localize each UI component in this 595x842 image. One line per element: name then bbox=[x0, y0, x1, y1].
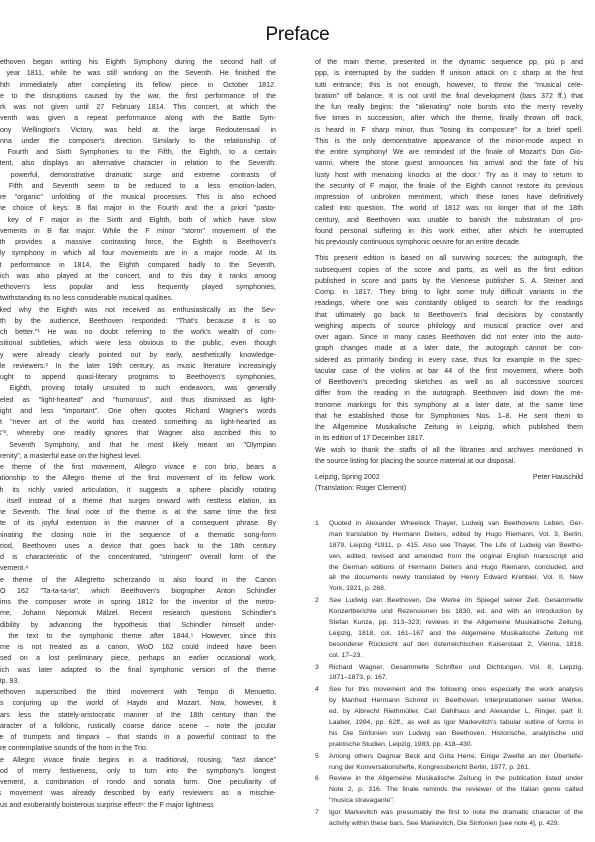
footnote-text: Review in the Allgemeine Musikalische Ze… bbox=[329, 774, 583, 807]
text-line: the security of F major, the finale of t… bbox=[315, 181, 583, 192]
footnote-text: Quoted in Alexander Wheelock Thayer, Lud… bbox=[329, 519, 583, 595]
text-line: se of trumpets and timpani – that stands… bbox=[0, 732, 276, 743]
footnote-number: 6 bbox=[315, 774, 329, 807]
footnote-line: York, 1921, p. 268. bbox=[329, 584, 583, 595]
footnote-line: "musica stravagante". bbox=[329, 796, 583, 807]
text-line: is"³, whereby one readily ignores that W… bbox=[0, 428, 276, 439]
text-line: e year 1811, while he was still working … bbox=[0, 68, 276, 79]
text-line: ote of its joyful extension in the manne… bbox=[0, 518, 276, 529]
text-line: his previously continuous symphonic oeuv… bbox=[315, 237, 583, 248]
text-line: he theme of the first movement, Allegro … bbox=[0, 462, 276, 473]
text-line: ey were already clearly pointed out by e… bbox=[0, 350, 276, 361]
text-line: hich was later adapted to the final symp… bbox=[0, 665, 276, 676]
footnote: 7Igor Markevitch was presumably the firs… bbox=[315, 808, 583, 830]
text-line: eme is not treated as a canon, WoO 162 c… bbox=[0, 642, 276, 653]
footnote-line: Among others Dagmar Beck and Grita Herre… bbox=[329, 752, 583, 763]
text-line: graph changes made at a later date, the … bbox=[315, 343, 583, 354]
text-line: ood of merry festiveness, only to turn i… bbox=[0, 766, 276, 777]
page-title: Preface bbox=[0, 24, 595, 46]
signature-place-date: Leipzig, Spring 2002 bbox=[315, 472, 380, 483]
text-line: ome, Johann Nepomuk Mälzel. Recent resea… bbox=[0, 608, 276, 619]
text-line: that he established those for Symphonies… bbox=[315, 411, 583, 422]
text-line: ith its richly varied articulation, it s… bbox=[0, 485, 276, 496]
footnote-line: all the documents newly translated by He… bbox=[329, 573, 583, 584]
footnote-line: rung der Konversationshefte, Kongressber… bbox=[329, 763, 583, 774]
text-line: oO 162 "Ta-ta-ta-ta", which Beethoven's … bbox=[0, 586, 276, 597]
footnote-text: Igor Markevitch was presumably the first… bbox=[329, 808, 583, 830]
text-line: weighing aspects of source philology and… bbox=[315, 321, 583, 332]
right-column-text: of the main theme, presented in the dyna… bbox=[315, 57, 583, 467]
footnote-line: Laaber, 1994, pp. 62ff., as well as Igor… bbox=[329, 718, 583, 729]
footnote-line: man translation by Hermann Deiters, edit… bbox=[329, 530, 583, 541]
text-line: e Fourth and Sixth Symphonies to the Fif… bbox=[0, 147, 276, 158]
text-line: ovements in B flat major. While the F mi… bbox=[0, 226, 276, 237]
text-line: xth provides a massive contrasting force… bbox=[0, 237, 276, 248]
signature-author: Peter Hauschild bbox=[533, 472, 583, 483]
paragraph: This present edition is based on all sur… bbox=[315, 253, 583, 444]
text-line: he Allegro vivace finale begins in a tra… bbox=[0, 755, 276, 766]
footnote-text: Richard Wagner, Gesammelte Schriften und… bbox=[329, 663, 583, 685]
footnotes: 1Quoted in Alexander Wheelock Thayer, Lu… bbox=[315, 519, 583, 831]
footnote-line: his Die Sinfonien von Ludwig van Beethov… bbox=[329, 729, 583, 740]
text-line: hich was also played at the concert, and… bbox=[0, 271, 276, 282]
text-line: edibility by advancing the hypothesis th… bbox=[0, 620, 276, 631]
text-line: the source listing for placing the sourc… bbox=[315, 456, 583, 467]
text-line: nth by the audience, Beethoven responded… bbox=[0, 316, 276, 327]
text-line: minating the closing note in the sequenc… bbox=[0, 530, 276, 541]
footnote-line: by Manfred Hermann Schmid in: Beethoven.… bbox=[329, 696, 583, 707]
text-line: found personal suffering in this work ei… bbox=[315, 226, 583, 237]
text-line: sked why the Eighth was not received as … bbox=[0, 305, 276, 316]
text-line: d the text to the symphonic theme after … bbox=[0, 631, 276, 642]
text-line: This is the only demonstrative appearanc… bbox=[315, 136, 583, 147]
text-line: century, and Beethoven was unable to ban… bbox=[315, 215, 583, 226]
text-line: ue to the disruptions caused by the war,… bbox=[0, 91, 276, 102]
text-line: the choice of keys: B flat major in the … bbox=[0, 203, 276, 214]
text-line: ositional subtleties, which were less ob… bbox=[0, 338, 276, 349]
paragraph: eethoven superscribed the third movement… bbox=[0, 687, 276, 755]
text-line: subsequent copies of the score and parts… bbox=[315, 265, 583, 276]
text-line: differ from the reading in the autograph… bbox=[315, 388, 583, 399]
paragraph: We wish to thank the staffs of all the l… bbox=[315, 445, 583, 468]
text-line: vanni, where the stone guest announces h… bbox=[315, 158, 583, 169]
text-line: eight and less "important". One often qu… bbox=[0, 406, 276, 417]
footnote-line: Igor Markevitch was presumably the first… bbox=[329, 808, 583, 819]
paragraph: he theme of the Allegretto scherzando is… bbox=[0, 575, 276, 688]
text-line: otwithstanding its no less considerable … bbox=[0, 293, 276, 304]
text-line: xtent, also displays an alternative char… bbox=[0, 158, 276, 169]
text-line: he theme of the Allegretto scherzando is… bbox=[0, 575, 276, 586]
text-line: in its edition of 17 December 1817. bbox=[315, 433, 583, 444]
text-line: nly symphony in which all four movements… bbox=[0, 248, 276, 259]
footnote-line: Stefan Kunze, pp. 313–323; reviews in th… bbox=[329, 618, 583, 629]
text-line: haracter of a folkloric, rustically coar… bbox=[0, 721, 276, 732]
footnote-text: Among others Dagmar Beck and Grita Herre… bbox=[329, 752, 583, 774]
footnote-line: besonderer Rücksicht auf den österreichi… bbox=[329, 640, 583, 651]
text-line: the Allgemeine Musikalische Zeitung in L… bbox=[315, 422, 583, 433]
text-line: that ultimately go back to Beethoven's f… bbox=[315, 310, 583, 321]
paragraph: he Allegro vivace finale begins in a tra… bbox=[0, 755, 276, 811]
right-column: of the main theme, presented in the dyna… bbox=[315, 57, 583, 495]
text-line: ppp, is interrupted by the sudden ff uni… bbox=[315, 68, 583, 79]
footnote-number: 4 bbox=[315, 685, 329, 750]
text-line: bration" off balance. It is not until th… bbox=[315, 91, 583, 102]
text-line: eventh was given a repeat performance al… bbox=[0, 113, 276, 124]
text-line: called into question. The world of 1812 … bbox=[315, 203, 583, 214]
translation-credit: (Translation: Roger Clement) bbox=[315, 483, 583, 494]
footnote-line: col. 17–23. bbox=[329, 651, 583, 662]
footnote-number: 1 bbox=[315, 519, 329, 595]
text-line: ork was not given until 27 February 1814… bbox=[0, 102, 276, 113]
paragraph: of the main theme, presented in the dyna… bbox=[315, 57, 583, 248]
footnote-number: 2 bbox=[315, 596, 329, 661]
text-line: e Seventh Symphony, and that he most lik… bbox=[0, 440, 276, 451]
text-line: e powerful, demonstrative dramatic surge… bbox=[0, 170, 276, 181]
text-line: ous and exuberantly boisterous surprise … bbox=[0, 800, 276, 811]
footnote-line: Quoted in Alexander Wheelock Thayer, Lud… bbox=[329, 519, 583, 530]
text-line: of the main theme, presented in the dyna… bbox=[315, 57, 583, 68]
left-column-text: eethoven began writing his Eighth Sympho… bbox=[0, 57, 276, 811]
text-line: ble reviewers.² In the later 19th centur… bbox=[0, 361, 276, 372]
text-line: five times in succession, after which th… bbox=[315, 113, 583, 124]
footnote: 3Richard Wagner, Gesammelte Schriften un… bbox=[315, 663, 583, 685]
text-line: st performance in 1814, the Eighth compa… bbox=[0, 260, 276, 271]
text-line: published in score and parts by the Vien… bbox=[315, 276, 583, 287]
footnote-line: Richard Wagner, Gesammelte Schriften und… bbox=[329, 663, 583, 674]
text-line: We wish to thank the staffs of all the l… bbox=[315, 445, 583, 456]
text-line: tutti entrance; this is not enough, howe… bbox=[315, 80, 583, 91]
paragraph: sked why the Eighth was not received as … bbox=[0, 305, 276, 463]
footnote-line: activity within these bars. See Markevit… bbox=[329, 819, 583, 830]
text-line: ore contemplative sounds of the horn in … bbox=[0, 743, 276, 754]
text-line: erenity", a masterful ease on the highes… bbox=[0, 451, 276, 462]
text-line: hony Wellington's Victory, was held at t… bbox=[0, 125, 276, 136]
text-line: impression of unbroken merriment, which … bbox=[315, 192, 583, 203]
text-line: is movement was already described by ear… bbox=[0, 788, 276, 799]
text-line: Comp. in 1817. They bring to light some … bbox=[315, 287, 583, 298]
footnote: 6Review in the Allgemeine Musikalische Z… bbox=[315, 774, 583, 807]
text-line: ears less the stately-aristocratic manne… bbox=[0, 710, 276, 721]
paragraph: he theme of the first movement, Allegro … bbox=[0, 462, 276, 575]
text-line: tacular case of the violins at bar 44 of… bbox=[315, 366, 583, 377]
footnote-number: 3 bbox=[315, 663, 329, 685]
text-line: l" key of F major in the Sixth and Eight… bbox=[0, 215, 276, 226]
footnote-line: Review in the Allgemeine Musikalische Ze… bbox=[329, 774, 583, 785]
text-line: beled as "light-hearted" and "humorous",… bbox=[0, 395, 276, 406]
footnote: 4See for this movement and the following… bbox=[315, 685, 583, 750]
text-line: e Fifth and Seventh seem to be reduced t… bbox=[0, 181, 276, 192]
text-line: This present edition is based on all sur… bbox=[315, 253, 583, 264]
text-line: ased on a lost preliminary piece, perhap… bbox=[0, 653, 276, 664]
text-line: ovement.⁴ bbox=[0, 563, 276, 574]
footnote-line: praktische Studien, Leipzig, 1983, pp. 4… bbox=[329, 740, 583, 751]
footnote-number: 7 bbox=[315, 808, 329, 830]
footnote-line: See for this movement and the following … bbox=[329, 685, 583, 696]
footnote-line: the German editions of Hermann Deiters a… bbox=[329, 563, 583, 574]
text-line: lusty host with menacing knocks at the d… bbox=[315, 170, 583, 181]
text-line: eriod, Beethoven uses a device that goes… bbox=[0, 541, 276, 552]
text-line: readings, where one was constantly oblig… bbox=[315, 298, 583, 309]
text-line: is heard in F sharp minor, thus "losing … bbox=[315, 125, 583, 136]
text-line: the entire symphony! We are reminded of … bbox=[315, 147, 583, 158]
footnote-line: ed. by Albrecht Riethmüller, Carl Dahlha… bbox=[329, 707, 583, 718]
footnote-line: ven, edited, revised and amended from th… bbox=[329, 552, 583, 563]
footnote-line: 1871–1873, p. 167. bbox=[329, 673, 583, 684]
text-line: of Beethoven's preceding sketches as wel… bbox=[315, 377, 583, 388]
text-line: nd is characteristic of the concentrated… bbox=[0, 552, 276, 563]
text-line: ghth immediately after completing its fe… bbox=[0, 80, 276, 91]
text-line: us conjuring up the world of Haydn and M… bbox=[0, 698, 276, 709]
left-column: eethoven began writing his Eighth Sympho… bbox=[0, 57, 283, 811]
text-line: e Eighth, proving totally unsuited to su… bbox=[0, 383, 276, 394]
footnote-line: 1879, Leipzig ²1911, p. 415. Also see Th… bbox=[329, 541, 583, 552]
text-line: aims the composer wrote in spring 1812 f… bbox=[0, 597, 276, 608]
footnote: 2See Ludwig van Beethoven, Die Werke im … bbox=[315, 596, 583, 661]
signature-line: Leipzig, Spring 2002 Peter Hauschild bbox=[315, 472, 583, 483]
text-line: uch better."¹ He was no doubt referring … bbox=[0, 327, 276, 338]
text-line: over again. Since in many cases Beethove… bbox=[315, 332, 583, 343]
footnote-line: See Ludwig van Beethoven, Die Werke im S… bbox=[329, 596, 583, 607]
text-line: Op. 93. bbox=[0, 676, 276, 687]
footnote: 5Among others Dagmar Beck and Grita Herr… bbox=[315, 752, 583, 774]
text-line: the fun really begins: the "alienating" … bbox=[315, 102, 583, 113]
text-line: the Seventh. The final note of the theme… bbox=[0, 507, 276, 518]
text-line: ovement, a combination of rondo and sona… bbox=[0, 777, 276, 788]
text-line: eethoven's less popular and less frequen… bbox=[0, 282, 276, 293]
footnote-line: Note 2, p. 316. The finale reminds the r… bbox=[329, 785, 583, 796]
text-line: tronome markings for this symphony at a … bbox=[315, 400, 583, 411]
text-line: eethoven superscribed the third movement… bbox=[0, 687, 276, 698]
paragraph: eethoven began writing his Eighth Sympho… bbox=[0, 57, 276, 305]
text-line: sidered as primarily binding in every ca… bbox=[315, 355, 583, 366]
text-line: ought to append quasi-literary programs … bbox=[0, 372, 276, 383]
footnote-text: See Ludwig van Beethoven, Die Werke im S… bbox=[329, 596, 583, 661]
text-line: n itself instead of a theme that surges … bbox=[0, 496, 276, 507]
text-line: ore "organic" unfolding of the musical p… bbox=[0, 192, 276, 203]
text-line: enna under the composer's direction. Sim… bbox=[0, 136, 276, 147]
text-line: at "never art of the world has created s… bbox=[0, 417, 276, 428]
footnote-number: 5 bbox=[315, 752, 329, 774]
footnote-line: Leipzig, 1818, col. 161–167 and the Allg… bbox=[329, 629, 583, 640]
footnote-line: Konzertberichte und Rezensionen bis 1830… bbox=[329, 607, 583, 618]
footnote-text: See for this movement and the following … bbox=[329, 685, 583, 750]
footnote: 1Quoted in Alexander Wheelock Thayer, Lu… bbox=[315, 519, 583, 595]
text-line: eethoven began writing his Eighth Sympho… bbox=[0, 57, 276, 68]
text-line: lationship to the Allegro theme of the f… bbox=[0, 473, 276, 484]
